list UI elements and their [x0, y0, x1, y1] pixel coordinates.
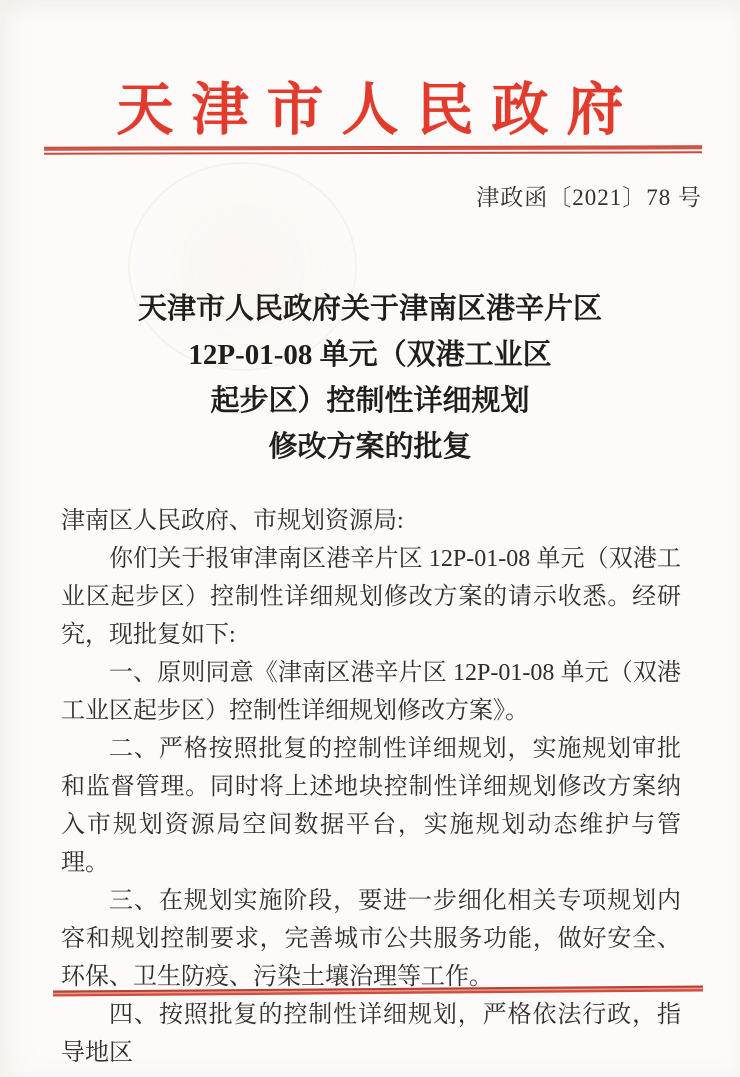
- title-line-4: 修改方案的批复: [0, 424, 740, 470]
- letterhead-agency-name: 天津市人民政府: [0, 64, 740, 146]
- document-title: 天津市人民政府关于津南区港辛片区 12P-01-08 单元（双港工业区 起步区）…: [0, 286, 740, 470]
- title-line-3: 起步区）控制性详细规划: [0, 378, 740, 424]
- salutation: 津南区人民政府、市规划资源局:: [61, 502, 681, 540]
- body-paragraph-item-2: 二、严格按照批复的控制性详细规划，实施规划审批和监督管理。同时将上述地块控制性详…: [61, 730, 681, 882]
- title-line-2: 12P-01-08 单元（双港工业区: [0, 332, 740, 378]
- scanned-official-letter-page: 天津市人民政府 津政函〔2021〕78 号 天津市人民政府关于津南区港辛片区 1…: [0, 0, 740, 1077]
- title-line-1: 天津市人民政府关于津南区港辛片区: [0, 286, 740, 332]
- body-paragraph-item-4: 四、按照批复的控制性详细规划，严格依法行政，指导地区: [61, 996, 681, 1072]
- body-paragraph-item-1: 一、原则同意《津南区港辛片区 12P-01-08 单元（双港工业区起步区）控制性…: [61, 654, 681, 730]
- letterhead-divider-thick-line: [44, 145, 702, 150]
- document-number: 津政函〔2021〕78 号: [476, 179, 702, 212]
- letterhead-divider: [44, 145, 702, 154]
- body-paragraph-intro: 你们关于报审津南区港辛片区 12P-01-08 单元（双港工业区起步区）控制性详…: [61, 540, 681, 654]
- body-paragraph-item-3: 三、在规划实施阶段，要进一步细化相关专项规划内容和规划控制要求，完善城市公共服务…: [61, 882, 681, 996]
- letterhead-divider-thin-line: [44, 151, 702, 154]
